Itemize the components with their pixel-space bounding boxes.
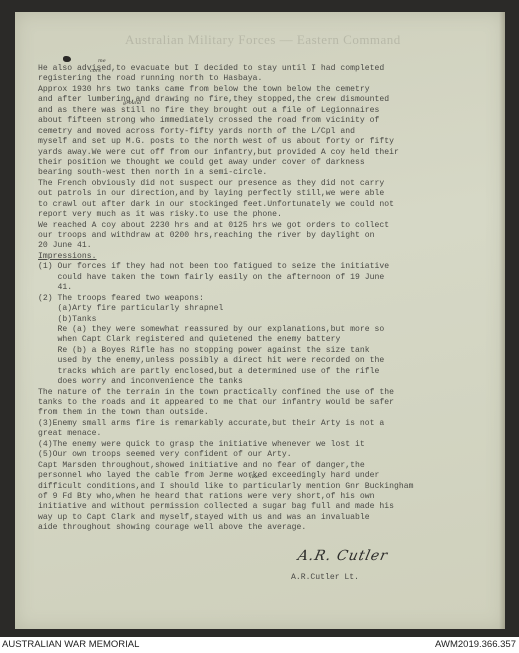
typed-line: Capt Marsden throughout,showed initiativ… — [38, 461, 508, 471]
typed-line: (b)Tanks — [38, 315, 508, 325]
annotation-cors: cors — [90, 68, 101, 74]
typed-line: cemetry and moved across forty-fifty yar… — [38, 127, 508, 137]
footer-bar: AUSTRALIAN WAR MEMORIAL AWM2019.366.357 — [0, 637, 519, 653]
typed-line: great menace. — [38, 429, 508, 439]
typed-line: about fifteen strong who immediately cro… — [38, 116, 508, 126]
annotation-me: me — [98, 58, 106, 64]
typed-line: and as there was still no fire they brou… — [38, 106, 508, 116]
typed-line: (4)The enemy were quick to grasp the ini… — [38, 440, 508, 450]
typed-line: to crawl out after dark in our stockinge… — [38, 200, 508, 210]
typed-line: our troops and withdraw at 0200 hrs,reac… — [38, 231, 508, 241]
bleed-through-heading: Australian Military Forces — Eastern Com… — [125, 32, 401, 48]
typed-line: (2) The troops feared two weapons: — [38, 294, 508, 304]
typed-line: aide throughout showing courage well abo… — [38, 523, 508, 533]
typed-line: Approx 1930 hrs two tanks came from belo… — [38, 85, 508, 95]
typed-line: (1) Our forces if they had not been too … — [38, 262, 508, 272]
typed-line: The nature of the terrain in the town pr… — [38, 388, 508, 398]
typed-line: bearing south-west then north in a semi-… — [38, 168, 508, 178]
accession-number: AWM2019.366.357 — [435, 639, 516, 650]
typed-line: of 9 Fd Bty who,when he heard that ratio… — [38, 492, 508, 502]
annotation-like: like — [250, 474, 259, 480]
typed-line: Impressions. — [38, 252, 508, 262]
typed-line: He also advised,to evacuate but I decide… — [38, 64, 508, 74]
typed-line: Re (b) a Boyes Rifle has no stopping pow… — [38, 346, 508, 356]
handwritten-signature: A.R. Cutler — [296, 548, 389, 564]
typed-line: could have taken the town fairly easily … — [38, 273, 508, 283]
typed-line: their position we thought we could get a… — [38, 158, 508, 168]
typed-line: We reached A coy about 2230 hrs and at 0… — [38, 221, 508, 231]
typed-line: tracks which are partly enclosed,but a d… — [38, 367, 508, 377]
typed-line: (5)Our own troops seemed very confident … — [38, 450, 508, 460]
typed-line: personnel who layed the cable from Jerme… — [38, 471, 508, 481]
typed-line: when Capt Clark registered and quietened… — [38, 335, 508, 345]
typed-line: tanks to the roads and it appeared to me… — [38, 398, 508, 408]
typed-line: and after lumbering,and drawing no fire,… — [38, 95, 508, 105]
punch-hole — [63, 56, 71, 62]
institution-label: AUSTRALIAN WAR MEMORIAL — [2, 639, 139, 650]
typed-line: initiative and without permission collec… — [38, 502, 508, 512]
typed-line: difficult conditions,and I should like t… — [38, 482, 508, 492]
typed-line: (a)Arty fire particularly shrapnel — [38, 304, 508, 314]
typed-body: He also advised,to evacuate but I decide… — [38, 64, 508, 534]
typed-line: used by the enemy,unless possibly a dire… — [38, 356, 508, 366]
typed-line: way up to Capt Clark and myself,stayed w… — [38, 513, 508, 523]
typed-line: does worry and inconvenience the tanks — [38, 377, 508, 387]
typed-line: yards away.We were cut off from our infa… — [38, 148, 508, 158]
typed-line: out patrols in our direction,and by layi… — [38, 189, 508, 199]
typed-line: The French obviously did not suspect our… — [38, 179, 508, 189]
typed-line: from them in the town than outside. — [38, 408, 508, 418]
typed-line: report very much as it was risky.to use … — [38, 210, 508, 220]
typed-line: 20 June 41. — [38, 241, 508, 251]
typed-line: registering the road running north to Ha… — [38, 74, 508, 84]
typed-line: (3)Enemy small arms fire is remarkably a… — [38, 419, 508, 429]
typed-line: Re (a) they were somewhat reassured by o… — [38, 325, 508, 335]
annotation-ground: ground — [123, 100, 141, 106]
typed-line: 41. — [38, 283, 508, 293]
signed-name: A.R.Cutler Lt. — [291, 573, 359, 582]
typed-line: myself and set up M.G. posts to the nort… — [38, 137, 508, 147]
